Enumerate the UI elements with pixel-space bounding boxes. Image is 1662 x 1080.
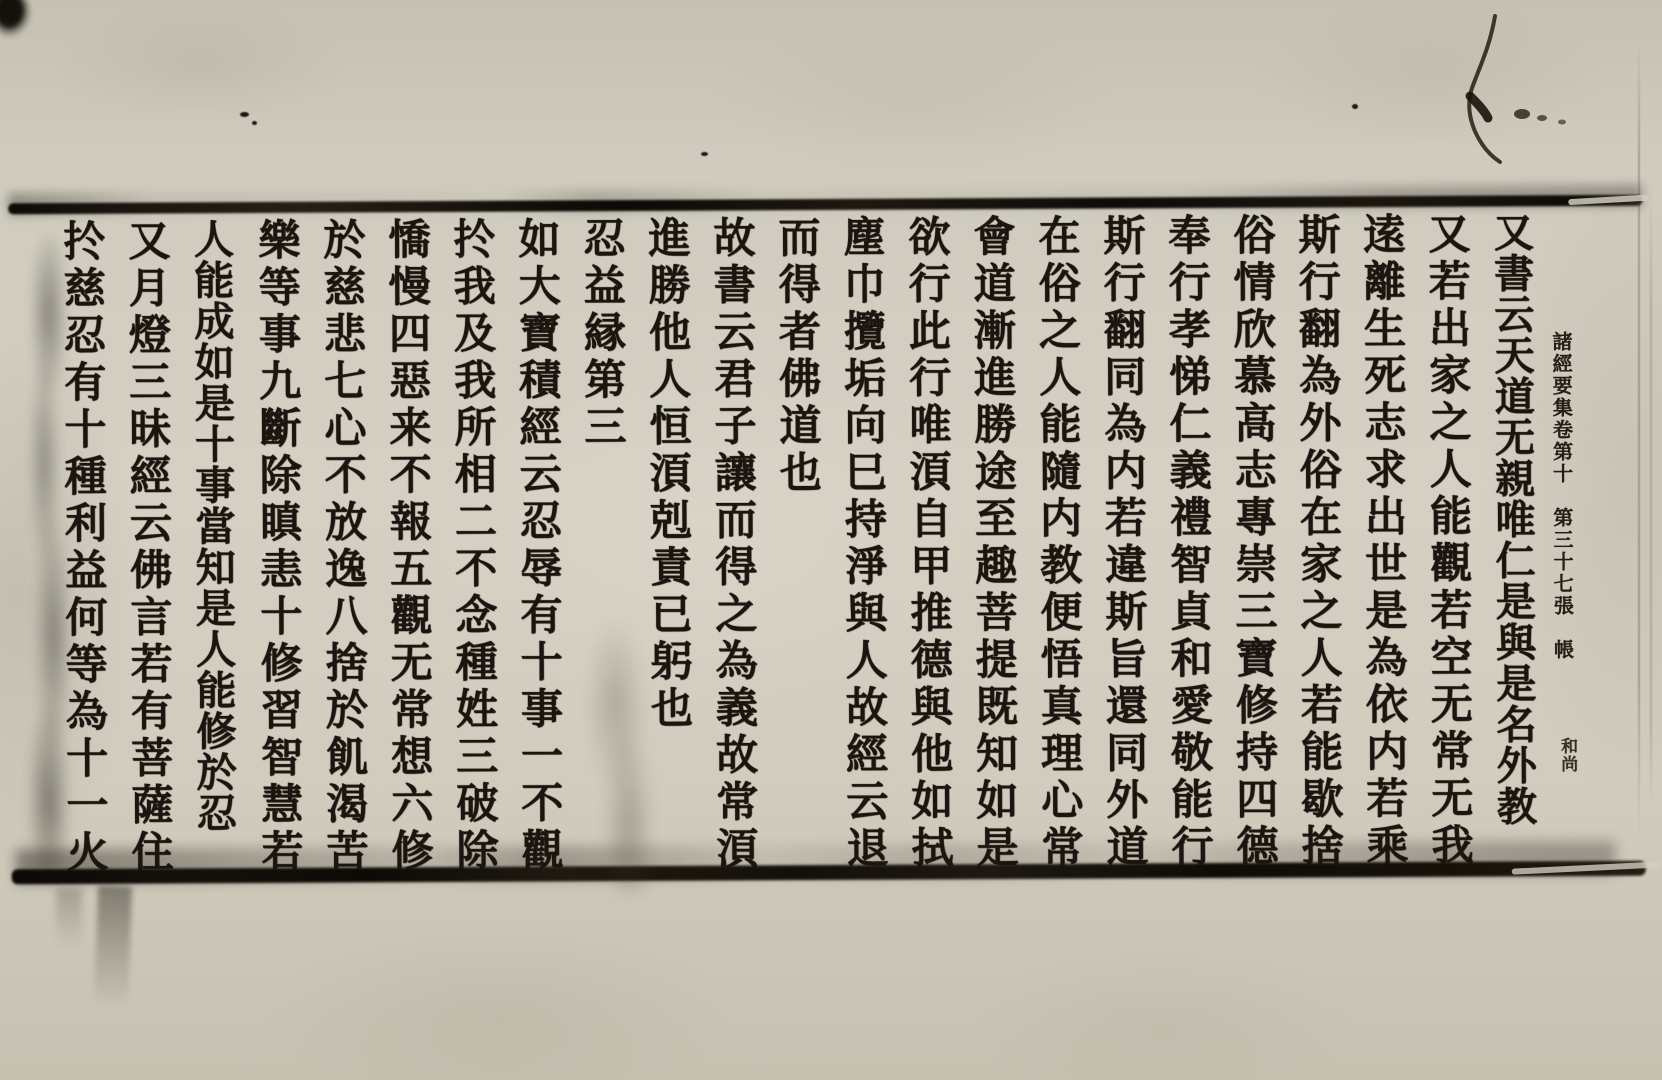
- ink-speck: [240, 112, 249, 117]
- ink-streak-bottom-left: [94, 885, 132, 1008]
- text-column-14: 進勝他人恒湏剋責已躬也: [645, 216, 690, 733]
- text-block: 諸經要集卷第十 第三十七張 帳 和尚 又書云天道无親唯仁是與是名外教又若出家之人…: [8, 189, 1646, 898]
- text-column-10: 欲行此行唯湏自甲推德與他如拭: [905, 214, 950, 872]
- text-column-6: 奉行孝悌仁義禮智貞和愛敬能行: [1165, 213, 1210, 871]
- text-column-22: 又月燈三昧經云佛言若有菩薩住: [125, 218, 170, 876]
- ink-speck: [701, 152, 708, 156]
- columns-layer: 又書云天道无親唯仁是與是名外教又若出家之人能觀若空无常无我逺離生死志求出世是為依…: [8, 189, 1646, 898]
- text-column-19: 於慈悲七心不放逸八捨於飢渴苦: [320, 217, 365, 875]
- text-column-23: 扵慈忍有十種利益何等為十一火: [60, 219, 105, 877]
- ink-speck: [252, 121, 257, 125]
- text-column-11: 塵巾攬垢向巳持淨與人故經云退: [840, 215, 885, 873]
- text-column-18: 憍慢四惡来不報五觀无常想六修: [385, 217, 430, 875]
- text-column-13: 故書云君子讓而得之為義故常湏: [710, 215, 755, 873]
- text-column-3: 逺離生死志求出世是為依内若乘: [1360, 212, 1405, 870]
- text-column-15: 忍益縁第三: [580, 216, 623, 451]
- text-column-17: 扵我及我所相二不念種姓三破除: [450, 217, 495, 875]
- ink-streak-bottom-left: [56, 888, 82, 948]
- text-column-20: 樂等事九斷除瞋恚十修習智慧若: [255, 218, 300, 876]
- text-column-4: 斯行翻為外俗在家之人若能歇捨: [1295, 212, 1340, 870]
- text-column-7: 斯行翻同為内若違斯旨還同外道: [1100, 213, 1145, 871]
- text-column-8: 在俗之人能隨内教便悟真理心常: [1035, 214, 1080, 872]
- text-column-16: 如大寶積經云忍辱有十事一不觀: [515, 216, 560, 874]
- text-column-21: 人能成如是十事當知是人能修於忍: [190, 218, 233, 833]
- text-column-1: 又書云天道无親唯仁是與是名外教: [1490, 211, 1533, 826]
- text-column-9: 會道漸進勝途至趣菩提既知如是: [970, 214, 1015, 872]
- ink-blob-top-left: [0, 0, 32, 38]
- text-column-2: 又若出家之人能觀若空无常无我: [1425, 212, 1470, 870]
- manuscript-scan: 諸經要集卷第十 第三十七張 帳 和尚 又書云天道无親唯仁是與是名外教又若出家之人…: [0, 0, 1662, 1080]
- ink-speck: [1352, 104, 1358, 109]
- text-column-12: 而得者佛道也: [775, 215, 818, 497]
- page-crease: [1650, 190, 1652, 810]
- paper-crack: [1410, 6, 1630, 186]
- text-column-5: 俗情欣慕高志專崇三寶修持四德: [1230, 213, 1275, 871]
